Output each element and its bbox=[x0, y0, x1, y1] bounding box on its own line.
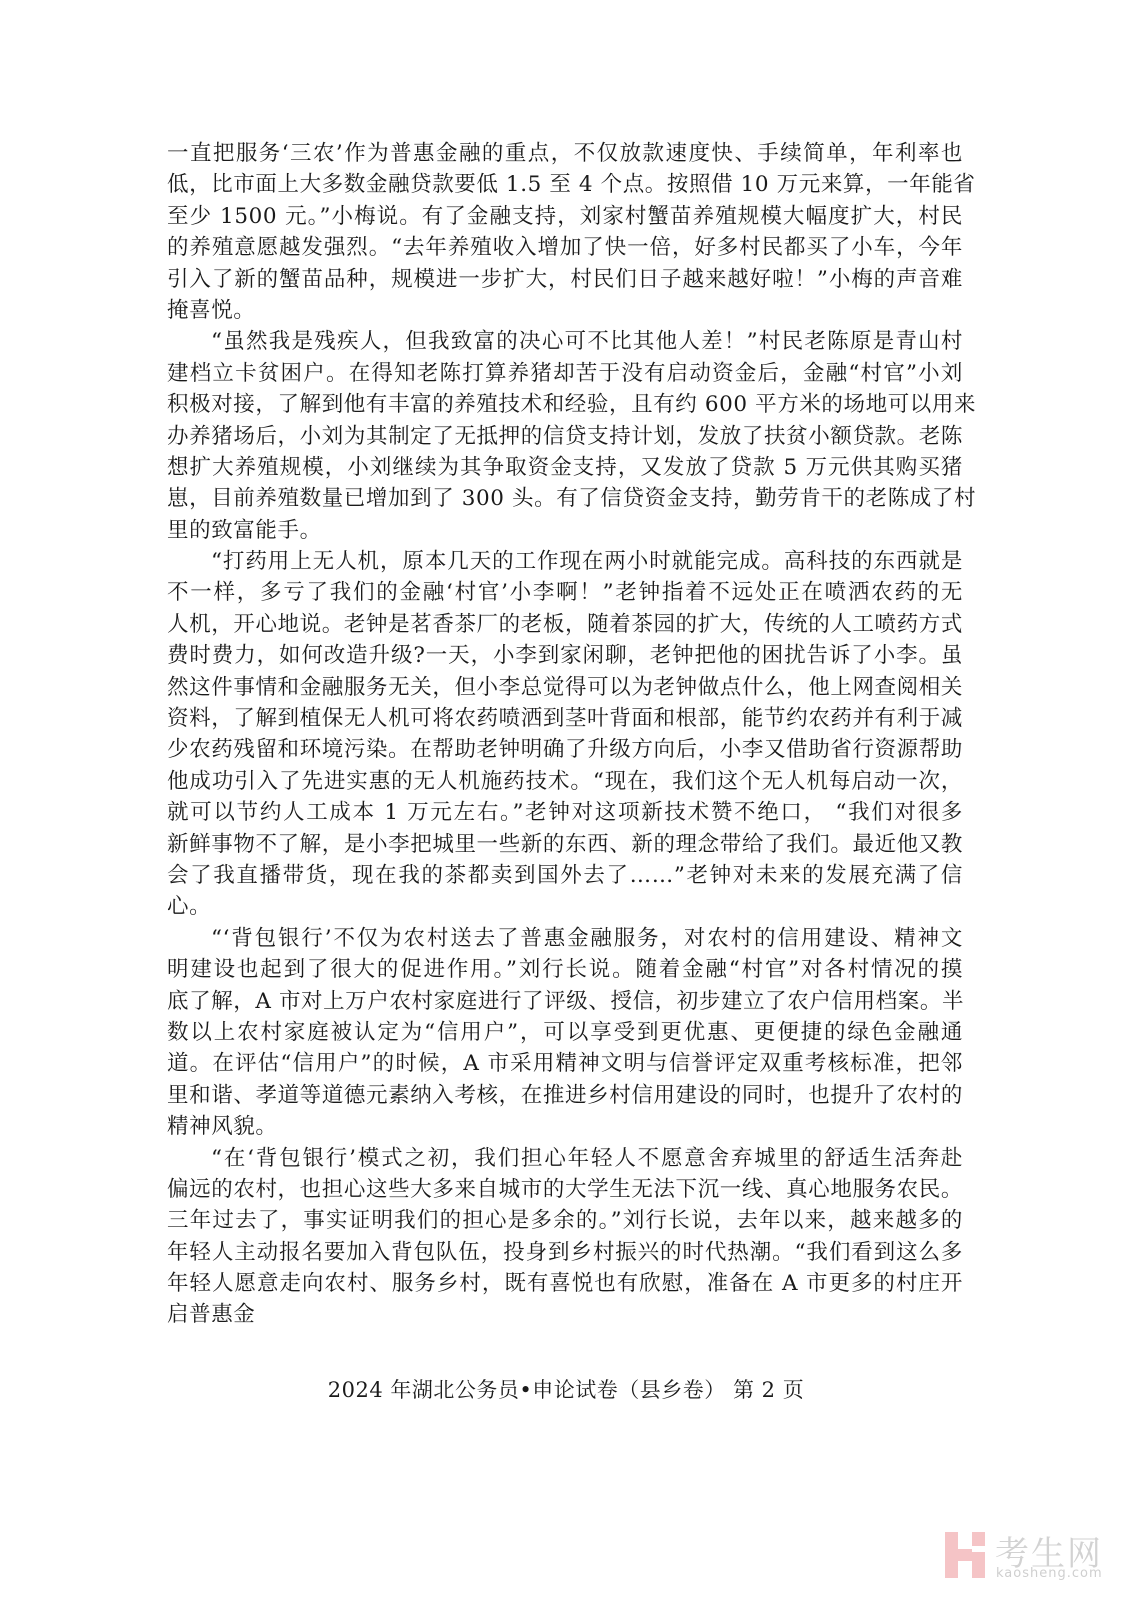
text-line: 三年过去了，事实证明我们的担心是多余的。”刘行长说，去年以来，越来越多的 bbox=[167, 1205, 963, 1236]
text-line: 数以上农村家庭被认定为“信用户”，可以享受到更优惠、更便捷的绿色金融通 bbox=[167, 1017, 963, 1048]
text-line: 引入了新的蟹苗品种，规模进一步扩大，村民们日子越来越好啦！”小梅的声音难 bbox=[167, 264, 963, 295]
text-line: 低，比市面上大多数金融贷款要低 1.5 至 4 个点。按照借 10 万元来算，一… bbox=[167, 169, 963, 200]
text-line: 道。在评估“信用户”的时候，A 市采用精神文明与信誉评定双重考核标准，把邻 bbox=[167, 1048, 963, 1079]
text-line: 心。 bbox=[167, 891, 963, 922]
text-line: 的养殖意愿越发强烈。“去年养殖收入增加了快一倍，好多村民都买了小车，今年 bbox=[167, 232, 963, 263]
text-line: 精神风貌。 bbox=[167, 1111, 963, 1142]
text-line: 建档立卡贫困户。在得知老陈打算养猪却苦于没有启动资金后，金融“村官”小刘 bbox=[167, 358, 963, 389]
text-line: 新鲜事物不了解，是小李把城里一些新的东西、新的理念带给了我们。最近他又教 bbox=[167, 829, 963, 860]
text-line: “打药用上无人机，原本几天的工作现在两小时就能完成。高科技的东西就是 bbox=[167, 546, 963, 577]
text-line: “虽然我是残疾人，但我致富的决心可不比其他人差！”村民老陈原是青山村 bbox=[167, 326, 963, 357]
text-line: 至少 1500 元。”小梅说。有了金融支持，刘家村蟹苗养殖规模大幅度扩大，村民 bbox=[167, 201, 963, 232]
text-line: 就可以节约人工成本 1 万元左右。”老钟对这项新技术赞不绝口， “我们对很多 bbox=[167, 797, 963, 828]
text-line: 办养猪场后，小刘为其制定了无抵押的信贷支持计划，发放了扶贫小额贷款。老陈 bbox=[167, 421, 963, 452]
text-line: 底了解，A 市对上万户农村家庭进行了评级、授信，初步建立了农户信用档案。半 bbox=[167, 986, 963, 1017]
article-body: 一直把服务‘三农’作为普惠金融的重点，不仅放款速度快、手续简单，年利率也低，比市… bbox=[167, 138, 963, 1331]
text-line: 掩喜悦。 bbox=[167, 295, 963, 326]
text-line: 一直把服务‘三农’作为普惠金融的重点，不仅放款速度快、手续简单，年利率也 bbox=[167, 138, 963, 169]
text-line: “在‘背包银行’模式之初，我们担心年轻人不愿意舍弃城里的舒适生活奔赴 bbox=[167, 1143, 963, 1174]
page-footer: 2024 年湖北公务员•申论试卷（县乡卷） 第 2 页 bbox=[0, 1374, 1132, 1404]
text-line: 不一样，多亏了我们的金融‘村官’小李啊！”老钟指着不远处正在喷洒农药的无 bbox=[167, 577, 963, 608]
text-line: 启普惠金 bbox=[167, 1299, 963, 1330]
text-line: 年轻人愿意走向农村、服务乡村，既有喜悦也有欣慰，准备在 A 市更多的村庄开 bbox=[167, 1268, 963, 1299]
text-line: 资料，了解到植保无人机可将农药喷洒到茎叶背面和根部，能节约农药并有利于减 bbox=[167, 703, 963, 734]
watermark-url: kaosheng.com bbox=[996, 1566, 1103, 1581]
text-line: 他成功引入了先进实惠的无人机施药技术。“现在，我们这个无人机每启动一次， bbox=[167, 766, 963, 797]
text-line: 人机，开心地说。老钟是茗香茶厂的老板，随着茶园的扩大，传统的人工喷药方式 bbox=[167, 609, 963, 640]
text-line: 会了我直播带货，现在我的茶都卖到国外去了……”老钟对未来的发展充满了信 bbox=[167, 860, 963, 891]
text-line: 想扩大养殖规模，小刘继续为其争取资金支持，又发放了贷款 5 万元供其购买猪 bbox=[167, 452, 963, 483]
text-line: “‘背包银行’不仅为农村送去了普惠金融服务，对农村的信用建设、精神文 bbox=[167, 923, 963, 954]
text-line: 偏远的农村，也担心这些大多来自城市的大学生无法下沉一线、真心地服务农民。 bbox=[167, 1174, 963, 1205]
text-line: 里的致富能手。 bbox=[167, 515, 963, 546]
watermark: 考生网 kaosheng.com bbox=[945, 1530, 1125, 1590]
text-line: 崽，目前养殖数量已增加到了 300 头。有了信贷资金支持，勤劳肯干的老陈成了村 bbox=[167, 483, 963, 514]
text-line: 年轻人主动报名要加入背包队伍，投身到乡村振兴的时代热潮。“我们看到这么多 bbox=[167, 1237, 963, 1268]
text-line: 少农药残留和环境污染。在帮助老钟明确了升级方向后，小李又借助省行资源帮助 bbox=[167, 734, 963, 765]
text-line: 费时费力，如何改造升级?一天，小李到家闲聊，老钟把他的困扰告诉了小李。虽 bbox=[167, 640, 963, 671]
document-page: 一直把服务‘三农’作为普惠金融的重点，不仅放款速度快、手续简单，年利率也低，比市… bbox=[0, 0, 1132, 1600]
text-line: 然这件事情和金融服务无关，但小李总觉得可以为老钟做点什么，他上网查阅相关 bbox=[167, 672, 963, 703]
text-line: 积极对接，了解到他有丰富的养殖技术和经验，且有约 600 平方米的场地可以用来 bbox=[167, 389, 963, 420]
text-line: 里和谐、孝道等道德元素纳入考核，在推进乡村信用建设的同时，也提升了农村的 bbox=[167, 1080, 963, 1111]
kaosheng-logo-icon bbox=[945, 1532, 985, 1578]
text-line: 明建设也起到了很大的促进作用。”刘行长说。随着金融“村官”对各村情况的摸 bbox=[167, 954, 963, 985]
